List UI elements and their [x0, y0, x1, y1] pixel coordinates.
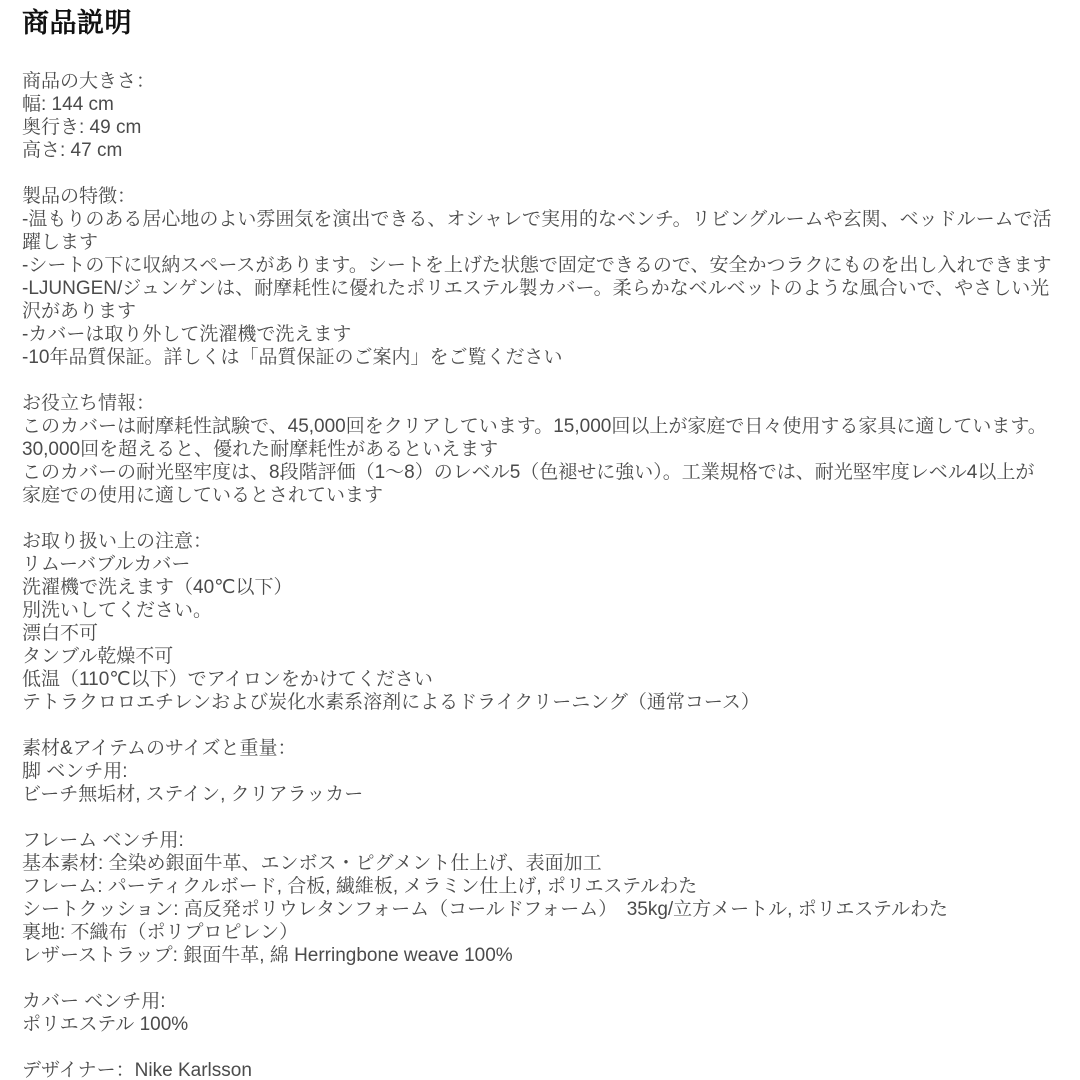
section-designer: デザイナー：Nike Karlsson [22, 1059, 1066, 1080]
text-line: ビーチ無垢材, ステイン, クリアラッカー [22, 783, 1066, 806]
text-line: 漂白不可 [22, 622, 1066, 645]
text-line: 奥行き: 49 cm [22, 116, 1066, 139]
text-line: ポリエステル 100% [22, 1013, 1066, 1036]
text-line: タンブル乾燥不可 [22, 645, 1066, 668]
section-product-dimensions: 商品の大きさ：幅: 144 cm奥行き: 49 cm高さ: 47 cm [22, 70, 1066, 162]
description-body: 商品の大きさ：幅: 144 cm奥行き: 49 cm高さ: 47 cm製品の特徴… [22, 70, 1066, 1080]
text-line: 低温（110℃以下）でアイロンをかけてください [22, 668, 1066, 691]
page-title: 商品説明 [22, 8, 1066, 38]
text-line: お取り扱い上の注意： [22, 530, 1066, 553]
section-useful-info: お役立ち情報：このカバーは耐摩耗性試験で、45,000回をクリアしています。15… [22, 392, 1066, 507]
text-line: -10年品質保証。詳しくは「品質保証のご案内」をご覧ください [22, 346, 1066, 369]
text-line: 商品の大きさ： [22, 70, 1066, 93]
section-materials-legs: 素材&アイテムのサイズと重量：脚 ベンチ用:ビーチ無垢材, ステイン, クリアラ… [22, 737, 1066, 806]
text-line: 製品の特徴： [22, 185, 1066, 208]
text-line: フレーム ベンチ用: [22, 829, 1066, 852]
text-line: 30,000回を超えると、優れた耐摩耗性があるといえます [22, 438, 1066, 461]
text-line: -シートの下に収納スペースがあります。シートを上げた状態で固定できるので、安全か… [22, 254, 1066, 277]
text-line: -LJUNGEN/ジュンゲンは、耐摩耗性に優れたポリエステル製カバー。柔らかなベ… [22, 277, 1066, 300]
text-line: 基本素材: 全染め銀面牛革、エンボス・ピグメント仕上げ、表面加工 [22, 852, 1066, 875]
text-line: -カバーは取り外して洗濯機で洗えます [22, 323, 1066, 346]
section-materials-cover: カバー ベンチ用:ポリエステル 100% [22, 990, 1066, 1036]
text-line: デザイナー：Nike Karlsson [22, 1059, 1066, 1080]
text-line: このカバーは耐摩耗性試験で、45,000回をクリアしています。15,000回以上… [22, 415, 1066, 438]
text-line: 高さ: 47 cm [22, 139, 1066, 162]
text-line: リムーバブルカバー [22, 553, 1066, 576]
text-line: 脚 ベンチ用: [22, 760, 1066, 783]
text-line: 家庭での使用に適しているとされています [22, 484, 1066, 507]
text-line: シートクッション: 高反発ポリウレタンフォーム（コールドフォーム） 35kg/立… [22, 898, 1066, 921]
text-line: このカバーの耐光堅牢度は、8段階評価（1〜8）のレベル5（色褪せに強い）。工業規… [22, 461, 1066, 484]
text-line: -温もりのある居心地のよい雰囲気を演出できる、オシャレで実用的なベンチ。リビング… [22, 208, 1066, 231]
text-line: 別洗いしてください。 [22, 599, 1066, 622]
section-product-features: 製品の特徴：-温もりのある居心地のよい雰囲気を演出できる、オシャレで実用的なベン… [22, 185, 1066, 369]
text-line: 裏地: 不織布（ポリプロピレン） [22, 921, 1066, 944]
text-line: 沢があります [22, 300, 1066, 323]
text-line: 洗濯機で洗えます（40℃以下） [22, 576, 1066, 599]
section-materials-frame: フレーム ベンチ用:基本素材: 全染め銀面牛革、エンボス・ピグメント仕上げ、表面… [22, 829, 1066, 967]
text-line: フレーム: パーティクルボード, 合板, 繊維板, メラミン仕上げ, ポリエステ… [22, 875, 1066, 898]
text-line: 幅: 144 cm [22, 93, 1066, 116]
section-care-instructions: お取り扱い上の注意：リムーバブルカバー洗濯機で洗えます（40℃以下）別洗いしてく… [22, 530, 1066, 714]
text-line: 躍します [22, 231, 1066, 254]
text-line: お役立ち情報： [22, 392, 1066, 415]
text-line: 素材&アイテムのサイズと重量： [22, 737, 1066, 760]
text-line: テトラクロロエチレンおよび炭化水素系溶剤によるドライクリーニング（通常コース） [22, 691, 1066, 714]
text-line: カバー ベンチ用: [22, 990, 1066, 1013]
text-line: レザーストラップ: 銀面牛革, 綿 Herringbone weave 100% [22, 944, 1066, 967]
product-description-page: 商品説明 商品の大きさ：幅: 144 cm奥行き: 49 cm高さ: 47 cm… [0, 0, 1080, 1080]
